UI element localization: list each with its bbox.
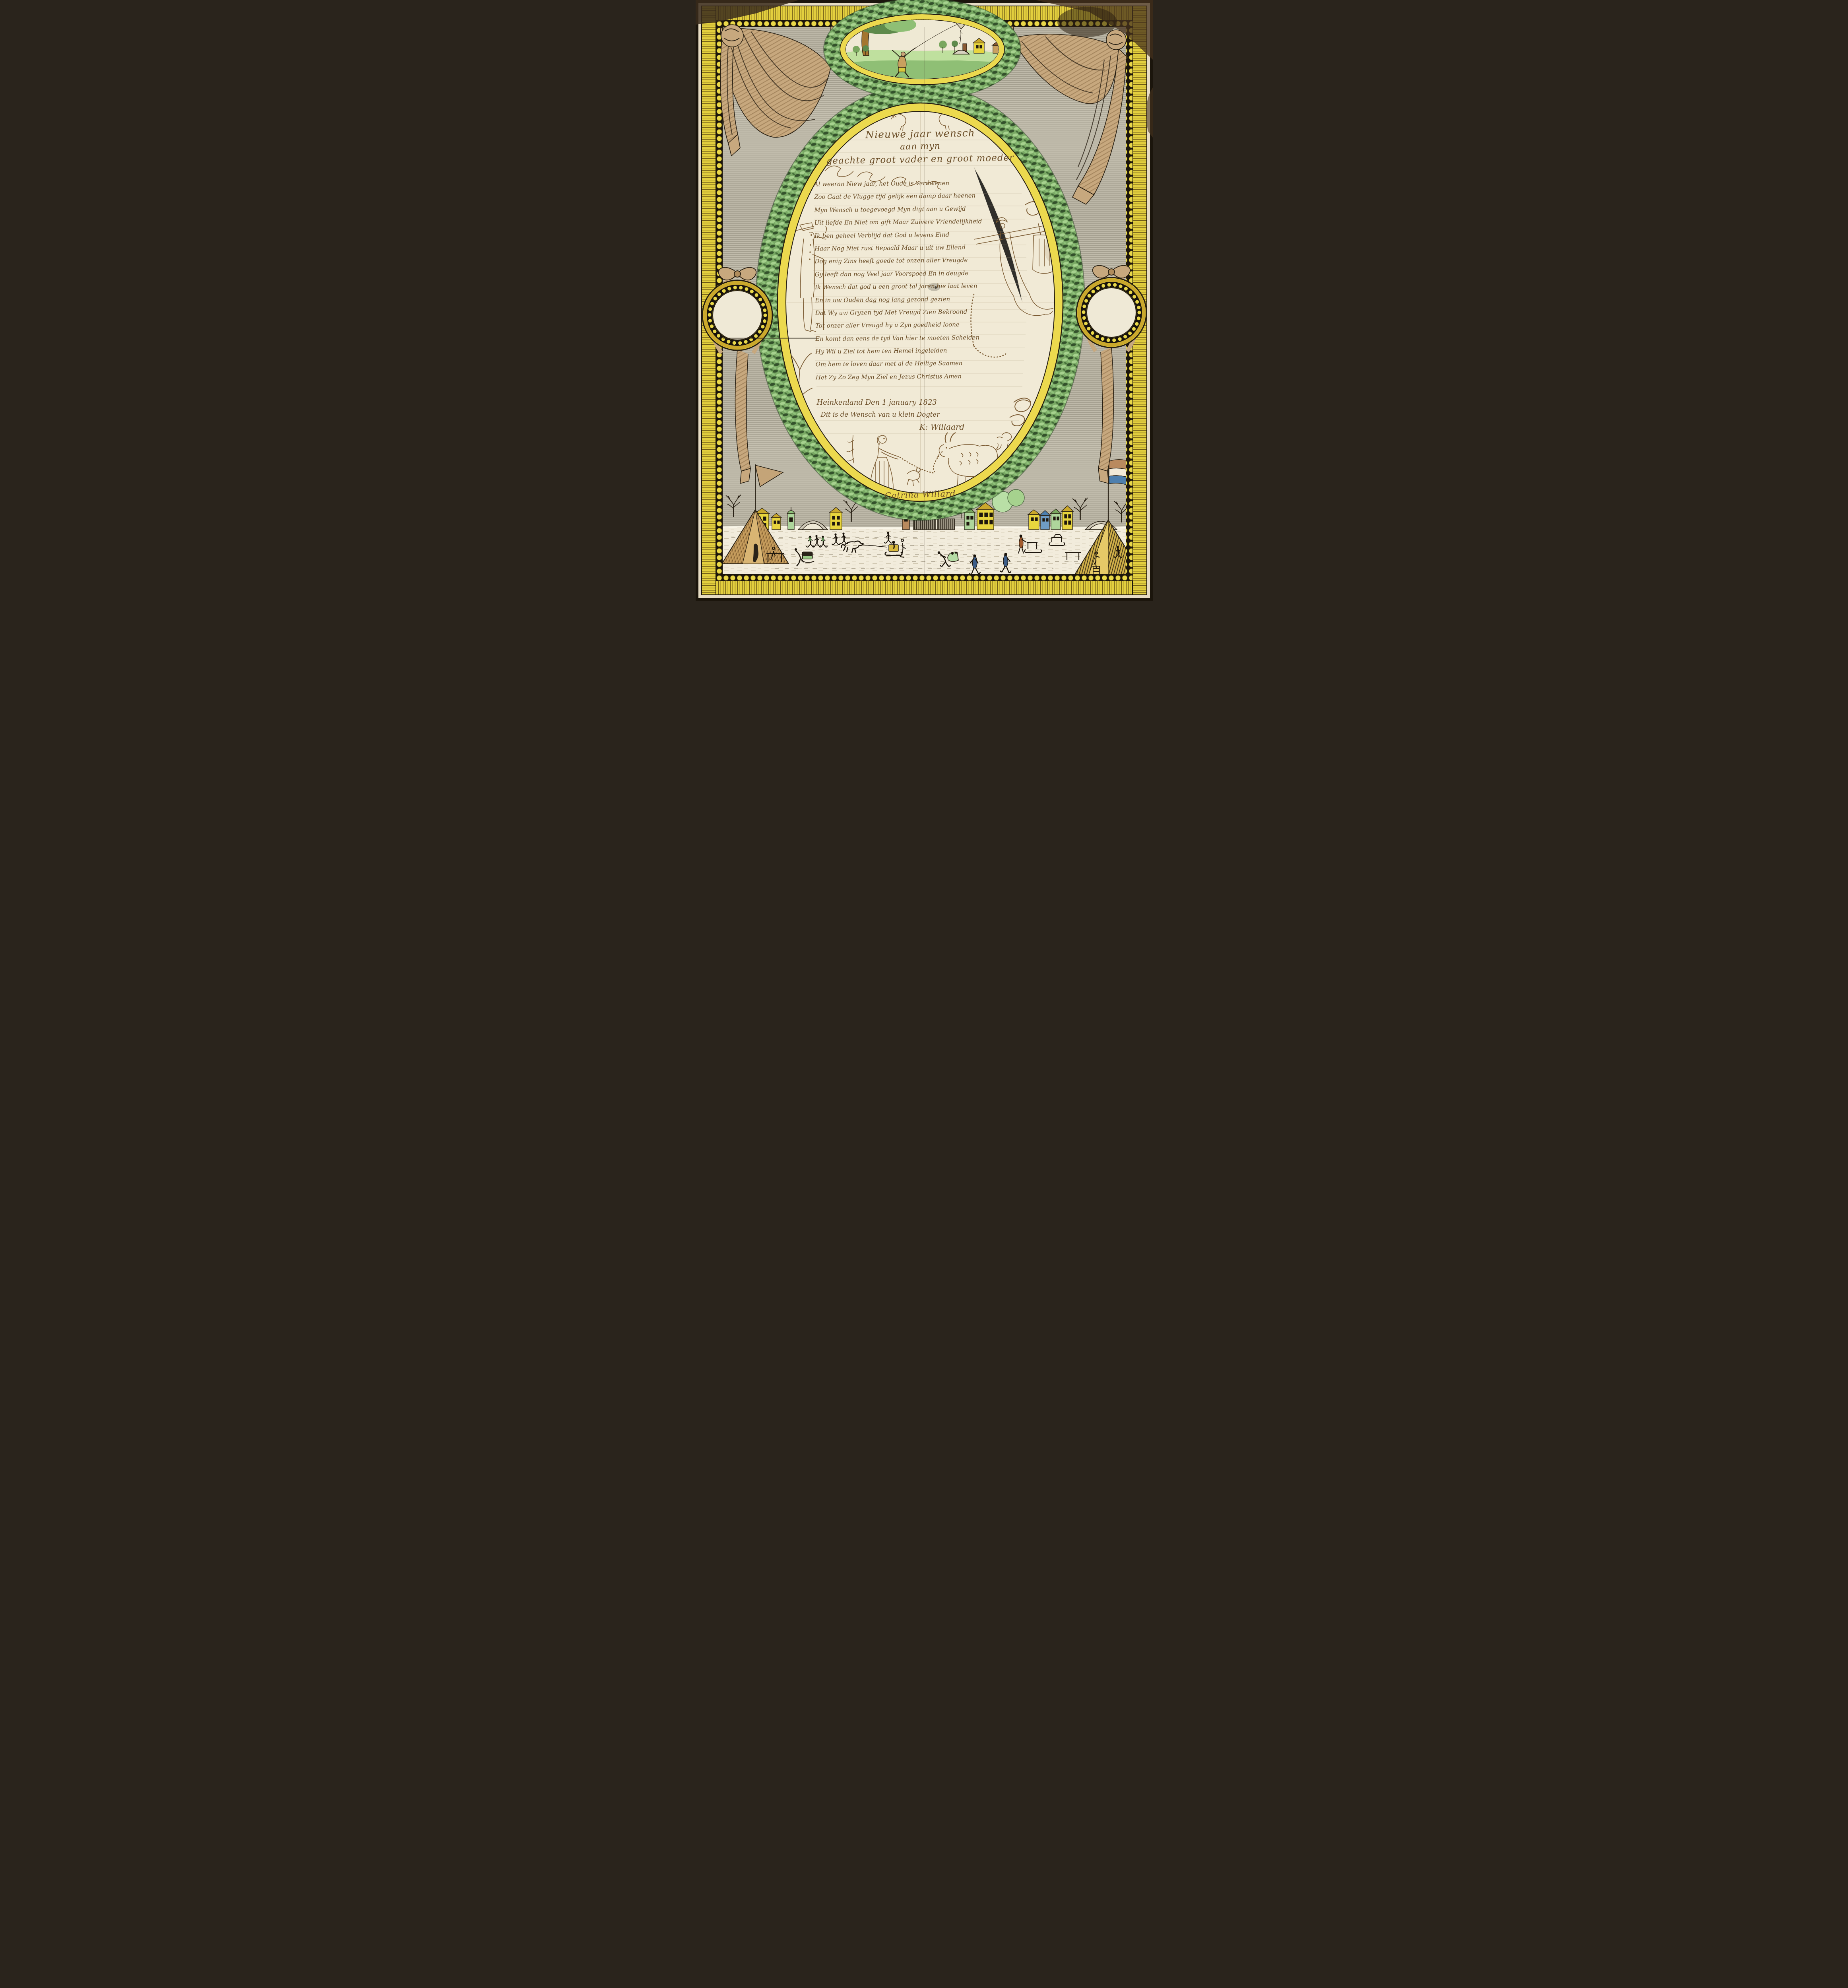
bead-row-bottom: [716, 574, 1132, 580]
stain: [1057, 7, 1117, 37]
house: [1061, 506, 1073, 530]
central-wreath-oval: [756, 84, 1085, 520]
engraved-frame: [696, 0, 1153, 601]
border-band-bottom: [702, 580, 1147, 595]
green-tree: [1008, 489, 1024, 506]
new-year-wish-letter: Nieuwe jaar wensch aan myn geachte groot…: [696, 0, 1153, 601]
house: [1050, 509, 1061, 530]
top-oval-vignette: [824, 0, 1021, 100]
drapery-knot-left: [721, 25, 743, 47]
drapery-knot-right: [1106, 30, 1126, 50]
paper-damage: [928, 283, 940, 291]
